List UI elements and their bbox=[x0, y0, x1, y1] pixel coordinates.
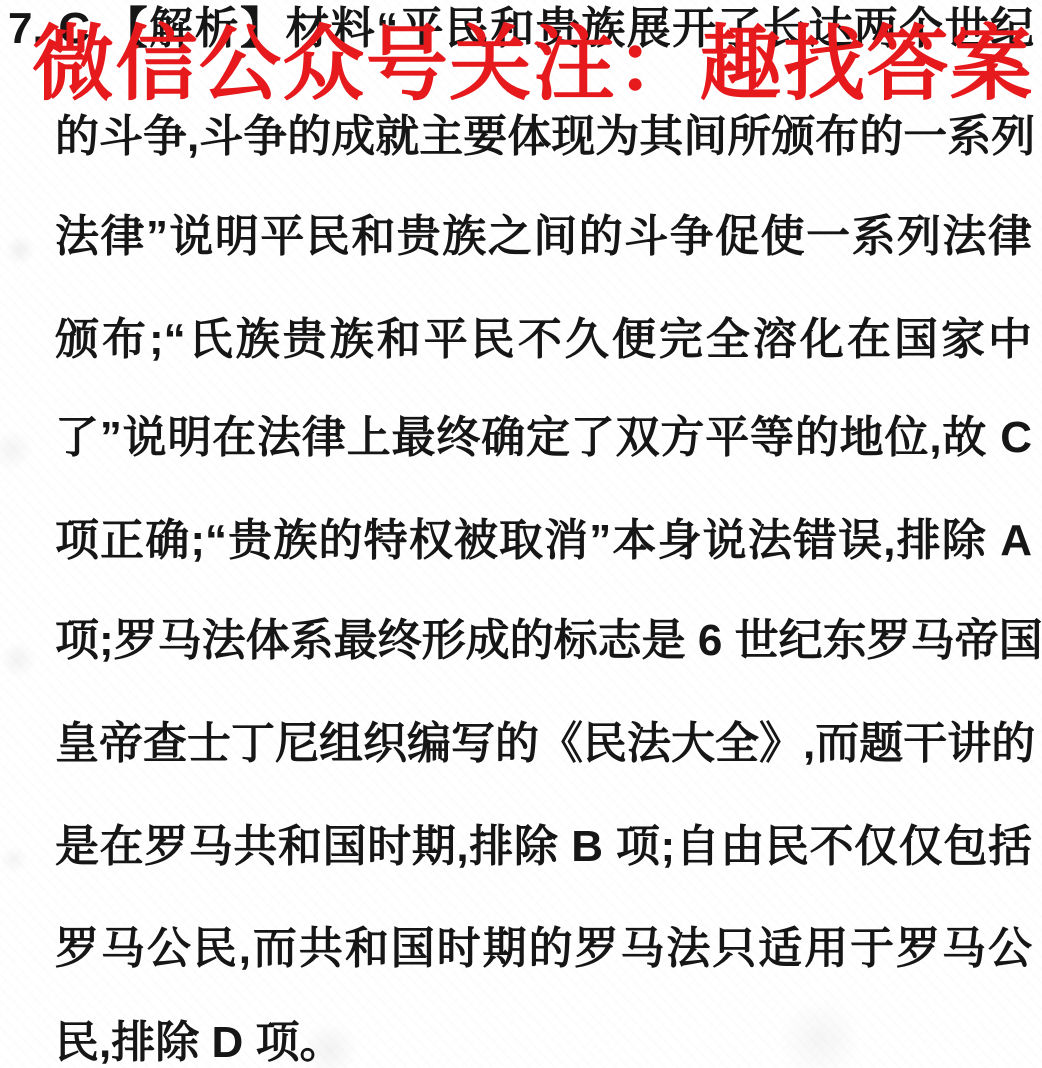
answer-line-2: 的斗争,斗争的成就主要体现为其间所颁布的一系列 bbox=[55, 112, 1032, 163]
answer-line-5: 了”说明在法律上最终确定了双方平等的地位,故 C bbox=[55, 413, 1032, 464]
wechat-watermark-text: 微信公众号关注：趣找答案 bbox=[32, 24, 1032, 106]
answer-line-6: 项正确;“贵族的特权被取消”本身说法错误,排除 A bbox=[55, 516, 1032, 567]
answer-line-7: 项;罗马法体系最终形成的标志是 6 世纪东罗马帝国 bbox=[55, 616, 1032, 667]
answer-line-10: 罗马公民,而共和国时期的罗马法只适用于罗马公 bbox=[55, 924, 1032, 975]
answer-line-11: 民,排除 D 项。 bbox=[55, 1018, 1032, 1068]
answer-line-8: 皇帝查士丁尼组织编写的《民法大全》,而题干讲的 bbox=[55, 719, 1032, 770]
answer-line-9: 是在罗马共和国时期,排除 B 项;自由民不仅仅包括 bbox=[55, 822, 1032, 873]
answer-line-3: 法律”说明平民和贵族之间的斗争促使一系列法律 bbox=[55, 212, 1032, 263]
answer-page: 7. C 【解析】材料“平民和贵族展开了长达两个世纪 的斗争,斗争的成就主要体现… bbox=[0, 0, 1042, 1068]
answer-line-4: 颁布;“氏族贵族和平民不久便完全溶化在国家中 bbox=[55, 315, 1032, 366]
